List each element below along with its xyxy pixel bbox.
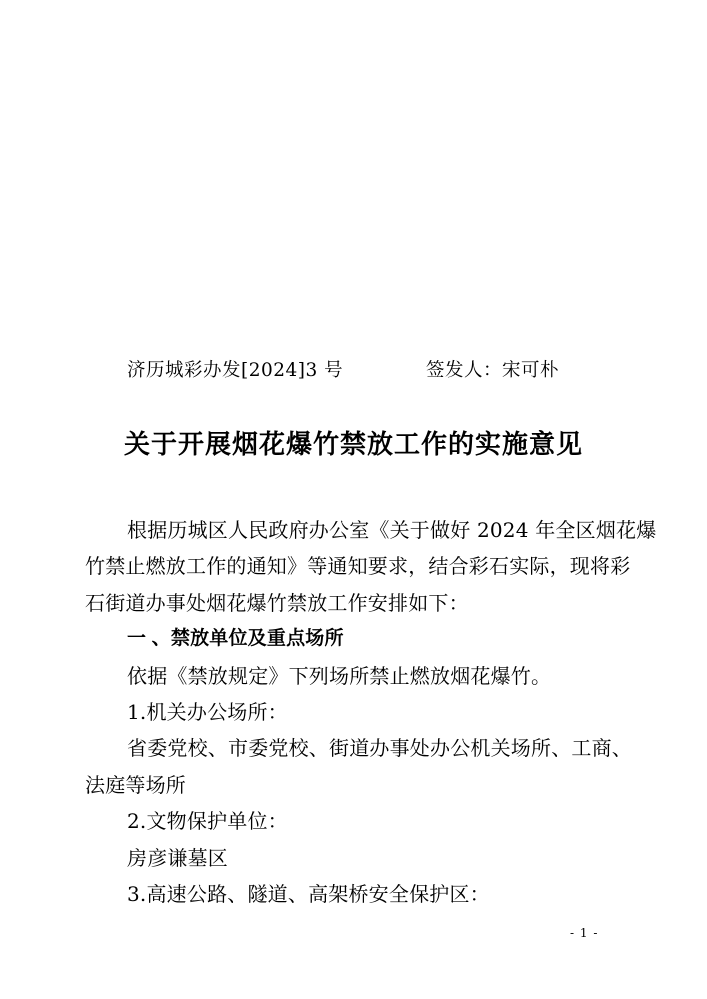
- body-line: 依据《禁放规定》下列场所禁止燃放烟花爆竹。: [85, 658, 630, 694]
- body-line: 省委党校、市委党校、街道办事处办公机关场所、工商、: [85, 730, 630, 766]
- doc-header: 济历城彩办发[2024]3 号 签发人：宋可朴: [127, 356, 559, 382]
- page-number: - 1 -: [570, 926, 598, 940]
- body-line: 1.机关办公场所：: [85, 694, 630, 730]
- body-line: 2.文物保护单位：: [85, 803, 630, 839]
- document-page: 济历城彩办发[2024]3 号 签发人：宋可朴 关于开展烟花爆竹禁放工作的实施意…: [0, 0, 707, 999]
- body-line: 房彦谦墓区: [85, 840, 630, 876]
- doc-number: 济历城彩办发[2024]3 号: [127, 356, 343, 382]
- body-line: 根据历城区人民政府办公室《关于做好 2024 年全区烟花爆: [85, 512, 630, 548]
- body-line: 竹禁止燃放工作的通知》等通知要求，结合彩石实际，现将彩: [85, 548, 630, 584]
- body-line: 法庭等场所: [85, 767, 630, 803]
- doc-title: 关于开展烟花爆竹禁放工作的实施意见: [0, 424, 707, 461]
- issuer-name: 签发人：宋可朴: [426, 356, 559, 382]
- body-line: 石街道办事处烟花爆竹禁放工作安排如下：: [85, 585, 630, 621]
- body-line: 3.高速公路、隧道、高架桥安全保护区：: [85, 876, 630, 912]
- section-heading: 一 、禁放单位及重点场所: [85, 621, 630, 657]
- doc-body: 根据历城区人民政府办公室《关于做好 2024 年全区烟花爆 竹禁止燃放工作的通知…: [85, 512, 630, 912]
